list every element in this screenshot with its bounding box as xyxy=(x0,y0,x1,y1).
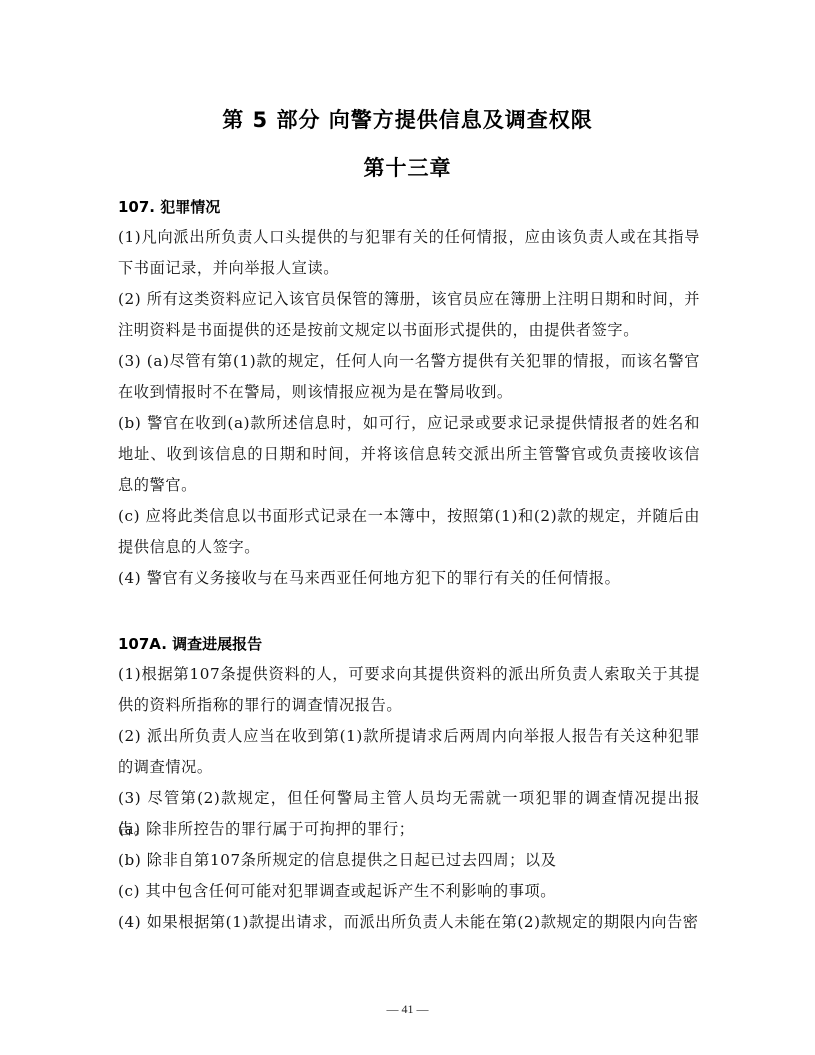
part-title: 第 5 部分 向警方提供信息及调查权限 xyxy=(0,104,815,134)
section-heading-107a: 107A. 调查进展报告 xyxy=(118,633,262,654)
page-number: — 41 — xyxy=(0,1002,815,1017)
paragraph: (b) 除非自第107条所规定的信息提供之日起已过去四周；以及 xyxy=(118,845,700,876)
paragraph: (c) 应将此类信息以书面形式记录在一本簿中，按照第(1)和(2)款的规定，并随… xyxy=(118,501,700,563)
paragraph: (b) 警官在收到(a)款所述信息时，如可行，应记录或要求记录提供情报者的姓名和… xyxy=(118,408,700,501)
section-heading-107: 107. 犯罪情况 xyxy=(118,196,220,217)
document-page: 第 5 部分 向警方提供信息及调查权限 第十三章 107. 犯罪情况 (1)凡向… xyxy=(0,0,815,1055)
paragraph: (1)凡向派出所负责人口头提供的与犯罪有关的任何情报，应由该负责人或在其指导下书… xyxy=(118,222,700,284)
chapter-title: 第十三章 xyxy=(0,152,815,182)
paragraph: (a) 除非所控告的罪行属于可拘押的罪行； xyxy=(118,814,700,845)
paragraph: (4) 警官有义务接收与在马来西亚任何地方犯下的罪行有关的任何情报。 xyxy=(118,563,700,594)
paragraph: (c) 其中包含任何可能对犯罪调查或起诉产生不利影响的事项。 xyxy=(118,876,700,907)
paragraph: (2) 派出所负责人应当在收到第(1)款所提请求后两周内向举报人报告有关这种犯罪… xyxy=(118,721,700,783)
paragraph: (3) (a)尽管有第(1)款的规定，任何人向一名警方提供有关犯罪的情报，而该名… xyxy=(118,346,700,408)
paragraph: (1)根据第107条提供资料的人，可要求向其提供资料的派出所负责人索取关于其提供… xyxy=(118,659,700,721)
paragraph: (2) 所有这类资料应记入该官员保管的簿册，该官员应在簿册上注明日期和时间，并注… xyxy=(118,284,700,346)
paragraph: (4) 如果根据第(1)款提出请求，而派出所负责人未能在第(2)款规定的期限内向… xyxy=(118,907,700,938)
